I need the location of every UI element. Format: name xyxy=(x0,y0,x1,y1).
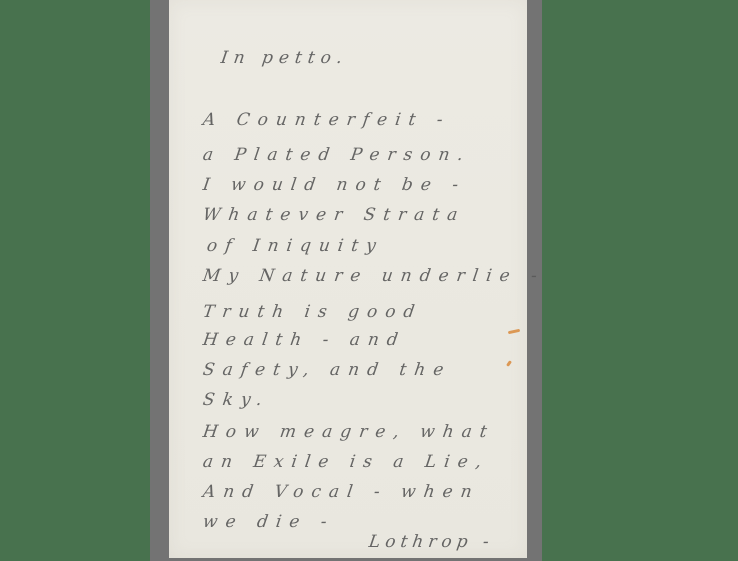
manuscript-line: And Vocal - when xyxy=(202,482,481,502)
rust-stain xyxy=(506,360,512,367)
manuscript-line: Truth is good xyxy=(202,302,424,322)
manuscript-line: Sky. xyxy=(202,390,272,410)
scan-frame: In petto. A Counterfeit - a Plated Perso… xyxy=(150,0,542,561)
manuscript-line: Health - and xyxy=(202,330,408,350)
manuscript-line: Whatever Strata xyxy=(202,205,467,225)
manuscript-line: A Counterfeit - xyxy=(202,110,452,130)
rust-stain xyxy=(508,329,520,334)
manuscript-page: In petto. A Counterfeit - a Plated Perso… xyxy=(169,0,527,558)
manuscript-line: an Exile is a Lie, xyxy=(202,452,491,472)
manuscript-line: How meagre, what xyxy=(202,422,496,442)
manuscript-line: My Nature underlie - xyxy=(202,266,547,286)
manuscript-heading: In petto. xyxy=(220,48,350,68)
manuscript-line: a Plated Person. xyxy=(202,145,473,165)
manuscript-signature: Lothrop - xyxy=(368,532,496,552)
document-viewer: In petto. A Counterfeit - a Plated Perso… xyxy=(0,0,738,561)
manuscript-line: Safety, and the xyxy=(202,360,453,380)
manuscript-line: we die - xyxy=(202,512,336,532)
manuscript-line: of Iniquity xyxy=(206,236,386,256)
manuscript-line: I would not be - xyxy=(202,175,468,195)
